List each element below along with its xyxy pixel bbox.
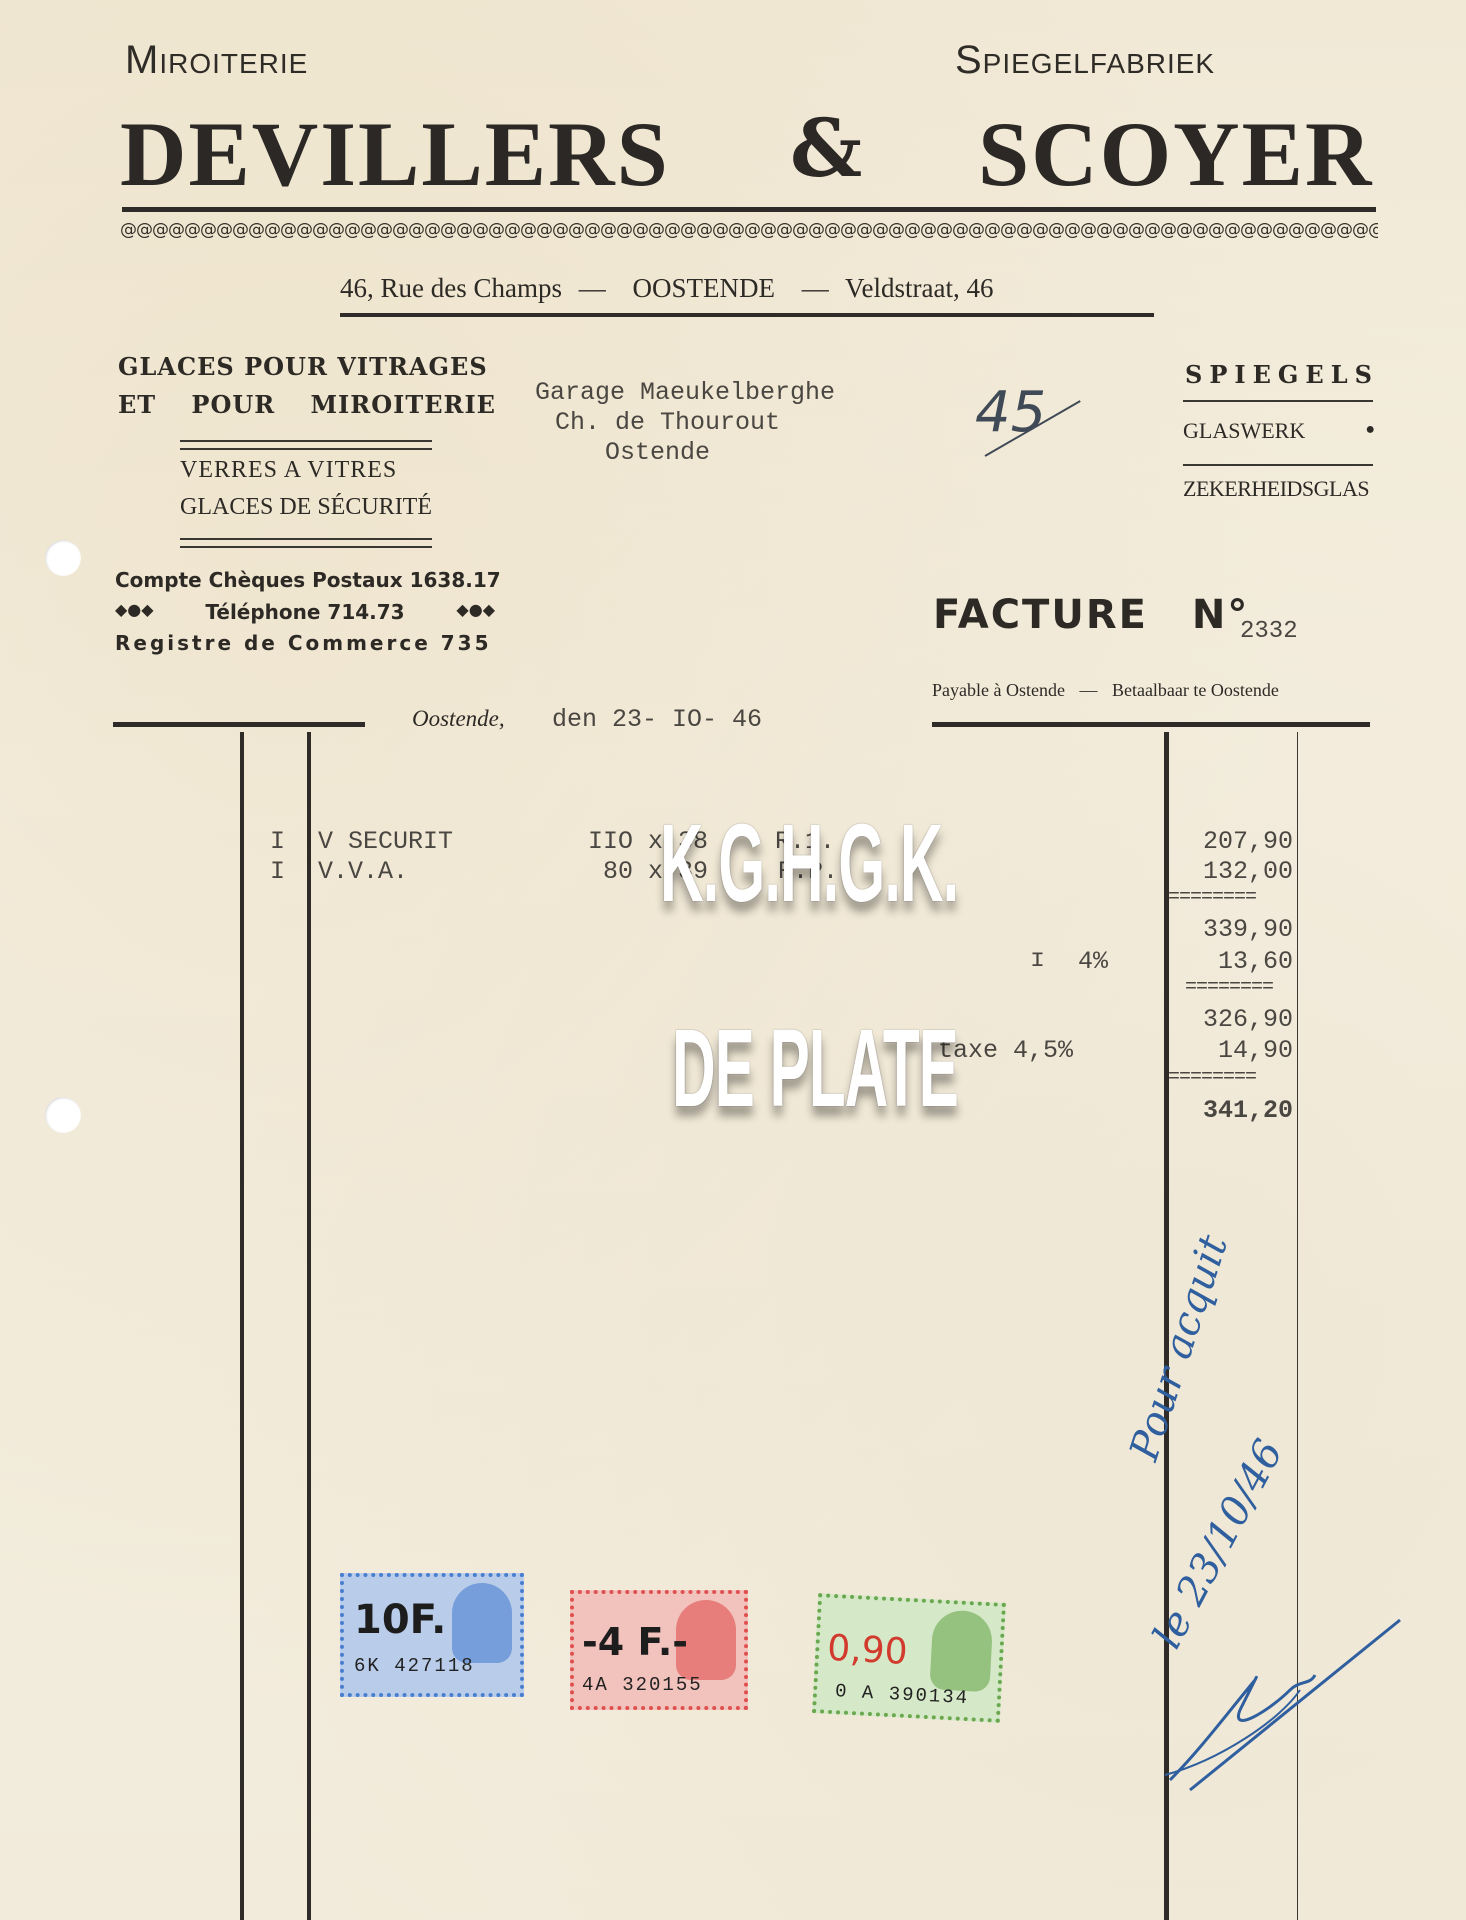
- discount-amount: 13,60: [1218, 947, 1293, 976]
- caption-miroiterie: Miroiterie: [125, 38, 308, 83]
- tagline-2-miroiterie: MIROITERIE: [310, 390, 496, 419]
- recipient-city: Ostende: [605, 438, 710, 467]
- separator-2: ========: [1185, 976, 1273, 999]
- separator-3: ========: [1168, 1066, 1256, 1089]
- stamp-value: 0,90: [826, 1628, 908, 1673]
- stamp-portrait-icon: [452, 1583, 512, 1663]
- payable-nl: Betaalbaar te Oostende: [1112, 680, 1279, 700]
- tagline-2-pour: POUR: [191, 390, 275, 419]
- payable-fr: Payable à Ostende: [932, 680, 1065, 700]
- revenue-stamp-4f: -4 F.- 4A 320155: [570, 1590, 748, 1710]
- phone-number: Téléphone 714.73: [205, 600, 404, 624]
- phone-line: ◆●◆ Téléphone 714.73 ◆●◆: [115, 600, 495, 624]
- line-1-amount: 207,90: [1203, 827, 1293, 856]
- stamp-portrait-icon: [929, 1609, 993, 1692]
- subtag-verres: VERRES A VITRES: [180, 457, 397, 484]
- subtag-glaces: GLACES DE SÉCURITÉ: [180, 494, 432, 521]
- product-zekerheidsglas: ZEKERHEIDSGLAS: [1183, 476, 1369, 502]
- address-rule: [340, 313, 1154, 317]
- separator-1: ========: [1168, 886, 1256, 909]
- line-2-amount: 132,00: [1203, 857, 1293, 886]
- watermark-de-plate: DE PLATE: [672, 1005, 958, 1132]
- tagline-2-et: ET: [118, 390, 156, 419]
- grand-total: 341,20: [1203, 1096, 1293, 1125]
- punch-hole-bottom: [45, 1097, 81, 1133]
- watermark-kghgk: K.G.H.G.K.: [660, 800, 958, 927]
- ornament-right-icon: ◆●◆: [456, 600, 495, 624]
- tagline-2: ET POUR MIROITERIE: [118, 390, 496, 419]
- address-left: 46, Rue des Champs: [340, 273, 562, 303]
- line-1-description: V SECURIT: [318, 827, 453, 856]
- handwritten-note: 45: [975, 380, 1046, 445]
- address-dash-1: —: [579, 273, 606, 303]
- discount-mark: ɪ: [1030, 945, 1045, 974]
- punch-hole-top: [45, 540, 81, 576]
- address-city: OOSTENDE: [633, 273, 776, 303]
- stamp-serial: 4A 320155: [582, 1674, 703, 1696]
- column-rule-2: [307, 732, 311, 1920]
- header-rule: [122, 207, 1376, 212]
- commerce-registry: Registre de Commerce 735: [115, 631, 492, 655]
- invoice-title: FACTURE N°: [933, 592, 1249, 638]
- line-1-qty: I: [270, 827, 285, 856]
- brand-devillers: DEVILLERS: [120, 108, 670, 200]
- column-rule-1: [240, 732, 244, 1920]
- right-rule-1: [1183, 400, 1373, 402]
- revenue-stamp-090: 0,90 0 A 390134: [812, 1593, 1006, 1723]
- caption-spiegelfabriek: Spiegelfabriek: [955, 38, 1215, 83]
- product-glaswerk-label: GLASWERK: [1183, 418, 1305, 444]
- stamp-serial: 6K 427118: [354, 1655, 475, 1677]
- receipt-pour-acquit: Pour acquit: [1121, 1230, 1237, 1466]
- recipient-street: Ch. de Thourout: [555, 408, 780, 437]
- address-right: Veldstraat, 46: [845, 273, 993, 303]
- line-2-description: V.V.A.: [318, 857, 408, 886]
- product-glaswerk: GLASWERK ●: [1183, 418, 1375, 444]
- line-2-qty: I: [270, 857, 285, 886]
- payable-line: Payable à Ostende — Betaalbaar te Oosten…: [932, 680, 1279, 701]
- postal-account: Compte Chèques Postaux 1638.17: [115, 568, 501, 592]
- date-place: Oostende,: [412, 706, 505, 732]
- stamp-value: -4 F.-: [582, 1620, 688, 1664]
- tax-label: taxe 4,5%: [938, 1036, 1073, 1065]
- brand-scoyer: SCOYER: [978, 108, 1373, 200]
- address-line: 46, Rue des Champs — OOSTENDE — Veldstra…: [340, 273, 993, 304]
- signature-icon: [1160, 1560, 1420, 1800]
- table-rule-right: [932, 722, 1370, 727]
- invoice-number: 2332: [1240, 618, 1298, 645]
- ornament-left-icon: ◆●◆: [115, 600, 154, 624]
- tagline-1: GLACES POUR VITRAGES: [118, 352, 488, 381]
- right-rule-2: [1183, 464, 1373, 466]
- wave-ornament-border: @@@@@@@@@@@@@@@@@@@@@@@@@@@@@@@@@@@@@@@@…: [120, 220, 1378, 240]
- brand-ampersand: &: [790, 108, 864, 188]
- discount-label: 4%: [1078, 947, 1108, 976]
- table-rule-left: [113, 722, 365, 727]
- bullet-icon: ●: [1365, 421, 1375, 444]
- product-spiegels: SPIEGELS: [1185, 360, 1379, 389]
- tax-amount: 14,90: [1218, 1036, 1293, 1065]
- double-rule-1: [180, 440, 432, 450]
- invoice-label: FACTURE: [933, 592, 1148, 638]
- subtotal: 339,90: [1203, 915, 1293, 944]
- after-discount: 326,90: [1203, 1005, 1293, 1034]
- recipient-name: Garage Maeukelberghe: [535, 378, 835, 407]
- stamp-value: 10F.: [354, 1597, 446, 1643]
- address-dash-2: —: [802, 273, 829, 303]
- invoice-date: den 23- IO- 46: [552, 705, 762, 734]
- revenue-stamp-10f: 10F. 6K 427118: [340, 1573, 524, 1697]
- payable-dash: —: [1079, 680, 1097, 700]
- double-rule-2: [180, 538, 432, 548]
